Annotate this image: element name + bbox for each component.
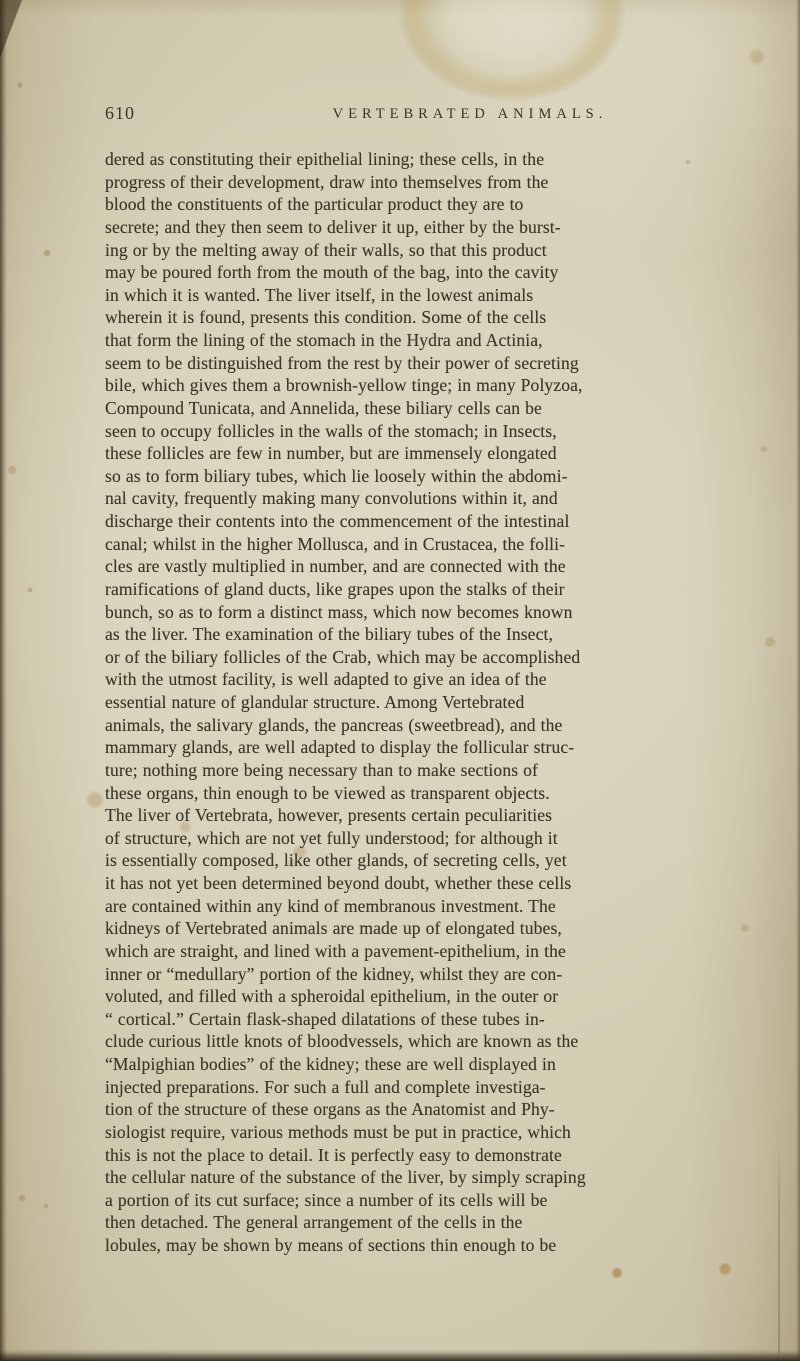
body-text-line: a portion of its cut surface; since a nu… [105,1189,746,1212]
body-text-line: nal cavity, frequently making many convo… [105,487,746,510]
body-text-line: as the liver. The examination of the bil… [105,623,746,646]
body-text-line: clude curious little knots of bloodvesse… [105,1030,746,1053]
body-text-line: are contained within any kind of membran… [105,895,746,918]
running-head: VERTEBRATED ANIMALS. [270,106,670,123]
body-text-line: canal; whilst in the higher Mollusca, an… [105,533,746,556]
body-text-line: wherein it is found, presents this condi… [105,306,746,329]
body-text-line: bunch, so as to form a distinct mass, wh… [105,601,746,624]
body-text-line: so as to form biliary tubes, which lie l… [105,465,746,488]
scan-edge-left [0,0,7,1361]
body-text-line: injected preparations. For such a full a… [105,1076,746,1099]
body-text-line: “ cortical.” Certain flask-shaped dilata… [105,1008,746,1031]
body-text-line: these organs, thin enough to be viewed a… [105,782,746,805]
body-text-line: this is not the place to detail. It is p… [105,1144,746,1167]
body-text-line: The liver of Vertebrata, however, presen… [105,804,746,827]
body-text-line: Compound Tunicata, and Annelida, these b… [105,397,746,420]
body-text-line: ramifications of gland ducts, like grape… [105,578,746,601]
body-text-line: or of the biliary follicles of the Crab,… [105,646,746,669]
body-text-line: discharge their contents into the commen… [105,510,746,533]
body-text-line: ture; nothing more being necessary than … [105,759,746,782]
body-text-line: blood the constituents of the particular… [105,193,746,216]
page-header: 610 VERTEBRATED ANIMALS. [0,102,800,130]
body-text-line: tion of the structure of these organs as… [105,1098,746,1121]
body-text-line: voluted, and filled with a spheroidal ep… [105,985,746,1008]
body-text-line: seen to occupy follicles in the walls of… [105,420,746,443]
body-text-line: animals, the salivary glands, the pancre… [105,714,746,737]
body-text: dered as constituting their epithelial l… [105,148,746,1257]
book-page-scan: 610 VERTEBRATED ANIMALS. dered as consti… [0,0,800,1361]
body-text-line: mammary glands, are well adapted to disp… [105,736,746,759]
body-text-line: inner or “medullary” portion of the kidn… [105,963,746,986]
body-text-line: “Malpighian bodies” of the kidney; these… [105,1053,746,1076]
body-text-line: is essentially composed, like other glan… [105,849,746,872]
body-text-line: lobules, may be shown by means of sectio… [105,1234,746,1257]
body-text-line: that form the lining of the stomach in t… [105,329,746,352]
body-text-line: in which it is wanted. The liver itself,… [105,284,746,307]
body-text-line: cles are vastly multiplied in number, an… [105,555,746,578]
body-text-line: dered as constituting their epithelial l… [105,148,746,171]
body-text-line: these follicles are few in number, but a… [105,442,746,465]
body-text-line: bile, which gives them a brownish-yellow… [105,374,746,397]
body-text-line: kidneys of Vertebrated animals are made … [105,917,746,940]
body-text-line: which are straight, and lined with a pav… [105,940,746,963]
body-text-line: with the utmost facility, is well adapte… [105,668,746,691]
body-text-line: ing or by the melting away of their wall… [105,239,746,262]
body-text-line: progress of their development, draw into… [105,171,746,194]
body-text-line: secrete; and they then seem to deliver i… [105,216,746,239]
page-crease-line [778,1145,780,1353]
body-text-line: the cellular nature of the substance of … [105,1166,746,1189]
scan-edge-right [796,0,800,1361]
body-text-line: seem to be distinguished from the rest b… [105,352,746,375]
body-text-line: siologist require, various methods must … [105,1121,746,1144]
body-text-line: it has not yet been determined beyond do… [105,872,746,895]
page-number: 610 [105,103,135,124]
body-text-line: essential nature of glandular structure.… [105,691,746,714]
scan-edge-bottom [0,1349,800,1361]
body-text-line: of structure, which are not yet fully un… [105,827,746,850]
body-text-line: then detached. The general arrangement o… [105,1211,746,1234]
body-text-line: may be poured forth from the mouth of th… [105,261,746,284]
